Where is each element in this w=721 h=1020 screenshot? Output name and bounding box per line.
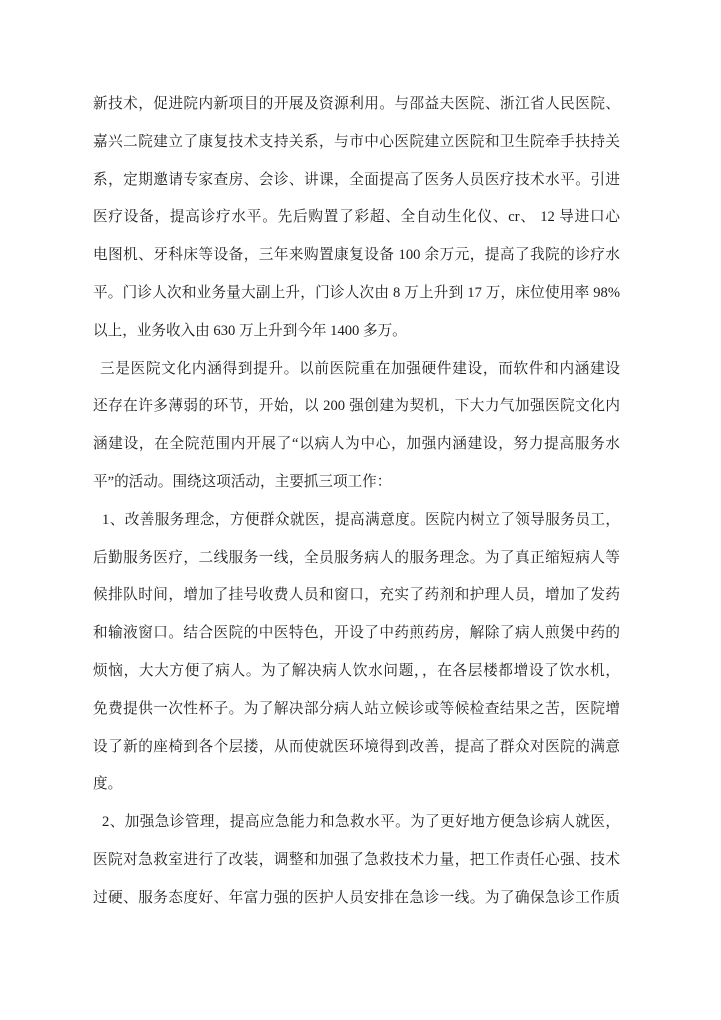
text-line: 候排队时间，增加了挂号收费人员和窗口，充实了药剂和护理人员，增加了发药 [93, 577, 620, 615]
text-line: 新技术，促进院内新项目的开展及资源利用。与邵益夫医院、浙江省人民医院、 [93, 86, 620, 124]
paragraph: 新技术，促进院内新项目的开展及资源利用。与邵益夫医院、浙江省人民医院、 嘉兴二院… [93, 86, 620, 351]
text-line: 电图机、牙科床等设备，三年来购置康复设备 100 余万元，提高了我院的诊疗水 [93, 237, 620, 275]
text-line: 烦恼，大大方便了病人。为了解决病人饮水问题，，在各层楼都增设了饮水机， [93, 653, 620, 691]
text-line: 系，定期邀请专家查房、会诊、讲课，全面提高了医务人员医疗技术水平。引进 [93, 162, 620, 200]
paragraph: 三是医院文化内涵得到提升。以前医院重在加强硬件建设，而软件和内涵建设 还存在许多… [93, 351, 620, 502]
text-line: 涵建设，在全院范围内开展了“以病人为中心，加强内涵建设，努力提高服务水 [93, 426, 620, 464]
text-line: 1、改善服务理念，方便群众就医，提高满意度。医院内树立了领导服务员工， [93, 502, 620, 540]
text-line: 过硬、服务态度好、年富力强的医护人员安排在急诊一线。为了确保急诊工作质 [93, 880, 620, 918]
paragraph: 1、改善服务理念，方便群众就医，提高满意度。医院内树立了领导服务员工， 后勤服务… [93, 502, 620, 804]
text-line: 平”的活动。围绕这项活动，主要抓三项工作： [93, 464, 620, 502]
text-line: 和输液窗口。结合医院的中医特色，开设了中药煎药房，解除了病人煎煲中药的 [93, 615, 620, 653]
text-line: 嘉兴二院建立了康复技术支持关系，与市中心医院建立医院和卫生院牵手扶持关 [93, 124, 620, 162]
text-line: 设了新的座椅到各个层搂，从而使就医环境得到改善，提高了群众对医院的满意 [93, 729, 620, 767]
text-line: 平。门诊人次和业务量大副上升，门诊人次由 8 万上升到 17 万，床位使用率 9… [93, 275, 620, 313]
text-line: 医院对急救室进行了改装，调整和加强了急救技术力量，把工作责任心强、技术 [93, 842, 620, 880]
text-line: 免费提供一次性杯子。为了解决部分病人站立候诊或等候检查结果之苦，医院增 [93, 691, 620, 729]
text-line: 还存在许多薄弱的环节，开始，以 200 强创建为契机，下大力气加强医院文化内 [93, 388, 620, 426]
document-body: 新技术，促进院内新项目的开展及资源利用。与邵益夫医院、浙江省人民医院、 嘉兴二院… [93, 86, 620, 918]
paragraph: 2、加强急诊管理，提高应急能力和急救水平。为了更好地方便急诊病人就医， 医院对急… [93, 804, 620, 917]
text-line: 以上，业务收入由 630 万上升到今年 1400 多万。 [93, 313, 620, 351]
text-line: 三是医院文化内涵得到提升。以前医院重在加强硬件建设，而软件和内涵建设 [93, 351, 620, 389]
text-line: 2、加强急诊管理，提高应急能力和急救水平。为了更好地方便急诊病人就医， [93, 804, 620, 842]
document-page: 新技术，促进院内新项目的开展及资源利用。与邵益夫医院、浙江省人民医院、 嘉兴二院… [0, 0, 721, 1020]
text-line: 后勤服务医疗，二线服务一线，全员服务病人的服务理念。为了真正缩短病人等 [93, 540, 620, 578]
text-line: 度。 [93, 766, 620, 804]
text-line: 医疗设备，提高诊疗水平。先后购置了彩超、全自动生化仪、cr、 12 导进口心 [93, 199, 620, 237]
